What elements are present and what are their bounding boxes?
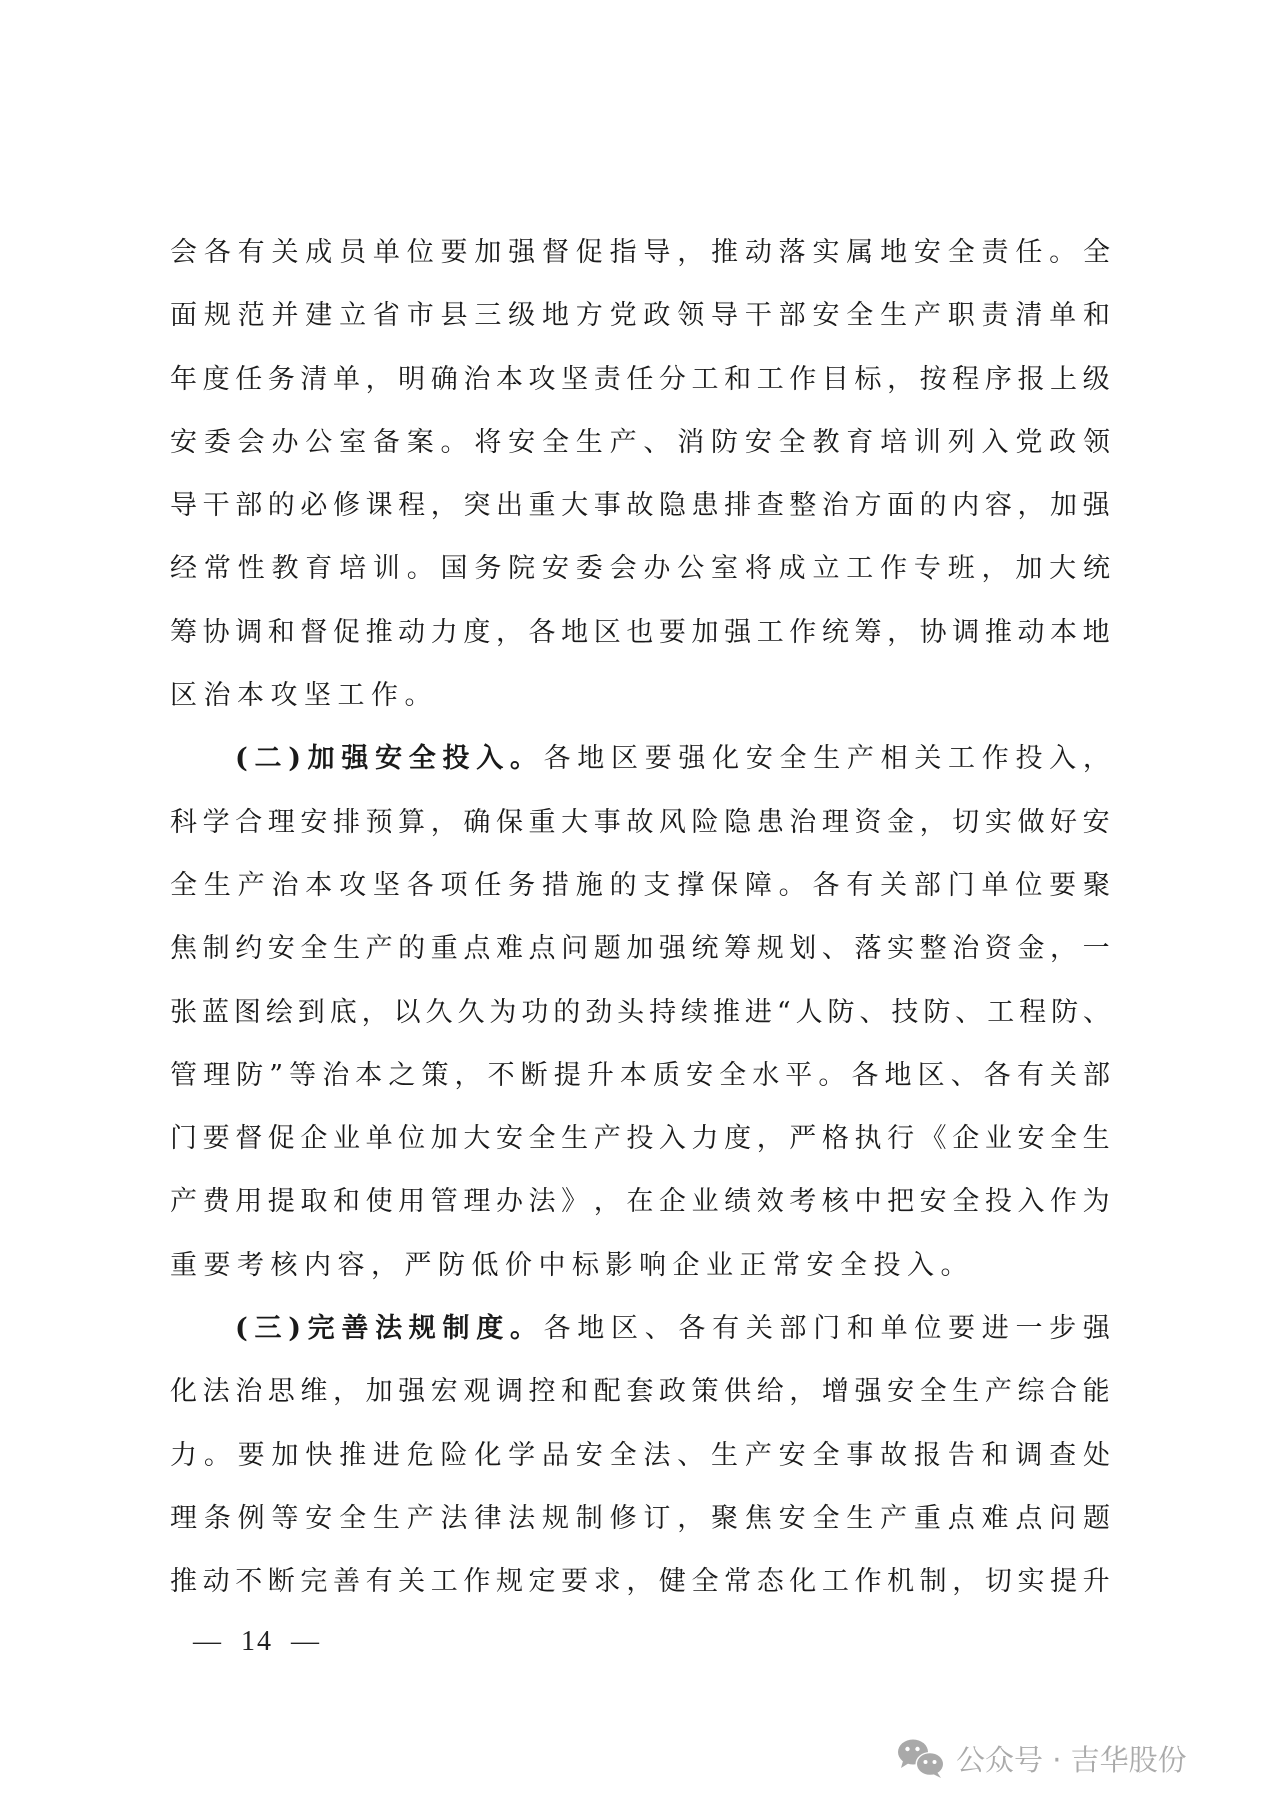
text-char: 部 <box>235 474 262 537</box>
text-char: 推 <box>366 601 393 664</box>
text-char: 一 <box>1083 917 1110 980</box>
text-char: 业 <box>706 1234 740 1297</box>
text-char: 图 <box>234 981 261 1044</box>
text-char: 力 <box>431 601 458 664</box>
text-char: 入 <box>1049 727 1076 790</box>
text-char: ， <box>677 221 704 284</box>
text-char: 规 <box>496 1550 523 1613</box>
text-char: 要 <box>238 1424 265 1487</box>
text-char: 切 <box>952 791 979 854</box>
text-char: 金 <box>887 791 914 854</box>
text-char: 的 <box>398 917 425 980</box>
text-char: ， <box>333 1360 360 1423</box>
text-char: 障 <box>745 854 772 917</box>
text-char: 为 <box>489 981 516 1044</box>
text-char: 防 <box>828 981 855 1044</box>
text-char: 在 <box>626 1170 653 1233</box>
text-char: 施 <box>576 854 603 917</box>
heading-char: 度 <box>476 1297 503 1360</box>
text-char: 作 <box>789 601 816 664</box>
text-char: 理 <box>268 791 295 854</box>
text-char: 理 <box>463 1170 490 1233</box>
text-char: 办 <box>271 411 298 474</box>
text-char: 上 <box>1050 348 1077 411</box>
text-char: 推 <box>713 981 740 1044</box>
text-char: 各 <box>544 1297 571 1360</box>
text-char: 推 <box>170 1550 197 1613</box>
text-char: 关 <box>746 1297 773 1360</box>
text-char: 和 <box>268 601 295 664</box>
text-char: 关 <box>880 854 907 917</box>
text-char: 强 <box>508 221 535 284</box>
text-char: 实 <box>985 791 1012 854</box>
document-page: 会各有关成员单位要加强督促指导，推动落实属地安全责任。全 面规范并建立省市县三级… <box>0 0 1280 1809</box>
text-char: 久 <box>426 981 453 1044</box>
heading-char: ( <box>235 727 248 790</box>
text-char: 不 <box>235 1550 262 1613</box>
text-char: 切 <box>985 1550 1012 1613</box>
text-char: 加 <box>1015 537 1042 600</box>
text-char: 算 <box>398 791 425 854</box>
text-char: 全 <box>542 411 569 474</box>
text-char: 安 <box>496 1107 523 1170</box>
text-char: 确 <box>431 348 458 411</box>
text-char: 化 <box>170 1360 197 1423</box>
text-char: 中 <box>854 1170 881 1233</box>
text-char: 全 <box>948 221 975 284</box>
text-char: 关 <box>271 221 298 284</box>
text-char: 蓝 <box>202 981 229 1044</box>
text-char: 也 <box>626 601 653 664</box>
text-char: 课 <box>366 474 393 537</box>
text-char: 三 <box>474 284 501 347</box>
text-char: ， <box>887 601 914 664</box>
text-line: 科学合理安排预算，确保重大事故风险隐患治理资金，切实做好安 <box>170 791 1110 854</box>
text-char: 全 <box>780 727 807 790</box>
text-char: 干 <box>203 474 230 537</box>
text-char: 作 <box>371 664 405 727</box>
text-char: 金 <box>1017 917 1044 980</box>
text-char: 为 <box>1083 1170 1110 1233</box>
text-line: 化法治思维，加强宏观调控和配套政策供给，增强安全生产综合能 <box>170 1360 1110 1423</box>
text-char: 年 <box>170 348 197 411</box>
text-char: 力 <box>692 1107 719 1170</box>
text-char: 安 <box>914 221 941 284</box>
text-char: ， <box>362 981 389 1044</box>
text-char: 治 <box>204 664 238 727</box>
text-char: 专 <box>914 537 941 600</box>
text-char: 加 <box>1050 474 1077 537</box>
text-char: 消 <box>677 411 704 474</box>
text-char: 成 <box>305 221 332 284</box>
text-char: 制 <box>203 917 230 980</box>
text-char: 强 <box>678 727 705 790</box>
text-char: 产 <box>407 1487 434 1550</box>
text-char: 部 <box>779 284 806 347</box>
text-char: 教 <box>271 537 298 600</box>
text-char: 区 <box>611 727 638 790</box>
text-char: 故 <box>626 474 653 537</box>
text-char: 有 <box>238 221 265 284</box>
section-heading-line: (三)完善法规制度。各地区、各有关部门和单位要进一步强 <box>170 1297 1110 1360</box>
text-char: 推 <box>985 601 1012 664</box>
text-char: 重 <box>529 791 556 854</box>
text-char: 支 <box>643 854 670 917</box>
text-char: 患 <box>757 791 784 854</box>
text-char: 要 <box>659 601 686 664</box>
text-char: 中 <box>539 1234 573 1297</box>
text-line: 焦制约安全生产的重点难点问题加强统筹规划、落实整治资金，一 <box>170 917 1110 980</box>
text-char: 大 <box>561 474 588 537</box>
text-char: 标 <box>854 348 881 411</box>
text-char: 企 <box>952 1107 979 1170</box>
text-char: 部 <box>780 1297 807 1360</box>
text-char: 事 <box>594 474 621 537</box>
text-char: 维 <box>300 1360 327 1423</box>
text-char: 、 <box>677 1424 704 1487</box>
text-char: 久 <box>457 981 484 1044</box>
text-char: 产 <box>847 727 874 790</box>
text-char: 党 <box>1015 411 1042 474</box>
text-char: 产 <box>880 1487 907 1550</box>
text-char: 容 <box>338 1234 372 1297</box>
text-char: 费 <box>203 1170 230 1233</box>
text-char: ， <box>952 1550 979 1613</box>
text-char: 隐 <box>659 474 686 537</box>
text-char: 考 <box>789 1170 816 1233</box>
text-char: 底 <box>330 981 357 1044</box>
text-char: 查 <box>1049 1424 1076 1487</box>
text-char: 级 <box>1083 348 1110 411</box>
text-char: 级 <box>508 284 535 347</box>
text-char: 有 <box>712 1297 739 1360</box>
text-char: 点 <box>463 917 490 980</box>
text-char: 套 <box>626 1360 653 1423</box>
text-char: 生 <box>1083 1107 1110 1170</box>
text-char: 地 <box>577 1297 604 1360</box>
text-char: 本 <box>1050 601 1077 664</box>
heading-char: 法 <box>375 1297 402 1360</box>
text-char: 实 <box>887 917 914 980</box>
text-char: 经 <box>170 537 197 600</box>
text-char: 治 <box>952 917 979 980</box>
text-char: 化 <box>712 727 739 790</box>
text-char: 资 <box>985 917 1012 980</box>
text-char: 培 <box>339 537 366 600</box>
text-char: 作 <box>854 1550 881 1613</box>
text-char: 配 <box>594 1360 621 1423</box>
text-char: 全 <box>840 1234 874 1297</box>
text-char: 告 <box>948 1424 975 1487</box>
text-char: 促 <box>268 1107 295 1170</box>
text-char: 序 <box>985 348 1012 411</box>
heading-char: 入 <box>476 727 503 790</box>
text-char: 。 <box>441 411 468 474</box>
text-line: 力。要加快推进危险化学品安全法、生产安全事故报告和调查处 <box>170 1424 1110 1487</box>
text-char: 督 <box>542 221 569 284</box>
text-char: 使 <box>366 1170 393 1233</box>
text-char: “ <box>777 981 791 1044</box>
text-char: 的 <box>268 474 295 537</box>
text-char: 强 <box>724 601 751 664</box>
text-char: 干 <box>745 284 772 347</box>
text-char: 态 <box>757 1550 784 1613</box>
text-char: 务 <box>508 854 535 917</box>
text-char: 好 <box>1050 791 1077 854</box>
text-char: 地 <box>561 601 588 664</box>
text-char: 攻 <box>339 854 366 917</box>
text-char: ， <box>371 1234 405 1297</box>
text-char: 产 <box>594 1107 621 1170</box>
text-char: 格 <box>822 1107 849 1170</box>
text-char: 强 <box>659 917 686 980</box>
text-char: 价 <box>505 1234 539 1297</box>
text-char: 标 <box>572 1234 606 1297</box>
wechat-icon <box>896 1737 946 1779</box>
text-char: 升 <box>587 1044 614 1107</box>
text-char: 推 <box>711 221 738 284</box>
heading-char: 投 <box>442 727 469 790</box>
text-char: 续 <box>681 981 708 1044</box>
text-char: 正 <box>740 1234 774 1297</box>
text-char: 推 <box>339 1424 366 1487</box>
text-char: 规 <box>204 284 231 347</box>
text-char: 各 <box>851 1044 878 1107</box>
text-char: 训 <box>373 537 400 600</box>
text-char: 工 <box>338 664 372 727</box>
text-char: 升 <box>1083 1550 1110 1613</box>
text-char: 动 <box>203 1550 230 1613</box>
heading-char: 安 <box>375 727 402 790</box>
text-char: 断 <box>268 1550 295 1613</box>
text-char: 技 <box>891 981 918 1044</box>
text-char: 问 <box>561 917 588 980</box>
text-char: 到 <box>298 981 325 1044</box>
text-char: 聚 <box>1083 854 1110 917</box>
text-char: 力 <box>170 1424 197 1487</box>
text-char: 法 <box>643 1424 670 1487</box>
text-char: 单 <box>373 221 400 284</box>
text-char: 办 <box>496 1170 523 1233</box>
text-char: 位 <box>1015 854 1042 917</box>
heading-char: 。 <box>510 1297 537 1360</box>
text-char: 产 <box>238 854 265 917</box>
text-char: 方 <box>576 284 603 347</box>
text-char: 给 <box>757 1360 784 1423</box>
text-char: 公 <box>305 411 332 474</box>
text-char: 和 <box>561 1360 588 1423</box>
text-char: 增 <box>822 1360 849 1423</box>
text-char: 法 <box>203 1360 230 1423</box>
text-char: 。 <box>405 664 439 727</box>
text-char: 地 <box>1083 601 1110 664</box>
text-char: 程 <box>952 348 979 411</box>
text-char: 各 <box>407 854 434 917</box>
text-char: 业 <box>333 1107 360 1170</box>
text-char: ， <box>1083 727 1110 790</box>
text-char: 善 <box>333 1550 360 1613</box>
text-char: 有 <box>1017 1044 1044 1107</box>
text-char: 程 <box>398 474 425 537</box>
text-char: 相 <box>881 727 908 790</box>
text-char: 和 <box>724 348 751 411</box>
text-char: 要 <box>948 1297 975 1360</box>
text-char: 合 <box>1050 1360 1077 1423</box>
text-char: 加 <box>474 221 501 284</box>
text-char: 策 <box>421 1044 448 1107</box>
text-char: 安 <box>576 1424 603 1487</box>
text-char: 强 <box>1083 1297 1110 1360</box>
text-char: 安 <box>807 1234 841 1297</box>
text-char: 科 <box>170 791 197 854</box>
text-char: 资 <box>854 791 881 854</box>
text-char: 题 <box>594 917 621 980</box>
text-char: 化 <box>789 1550 816 1613</box>
text-char: 企 <box>300 1107 327 1170</box>
text-char: 产 <box>914 284 941 347</box>
text-char: 攻 <box>271 664 305 727</box>
text-char: 法 <box>529 1170 556 1233</box>
text-char: 定 <box>529 1550 556 1613</box>
text-char: 响 <box>639 1234 673 1297</box>
text-char: 任 <box>474 854 501 917</box>
text-char: 低 <box>472 1234 506 1297</box>
text-char: 治 <box>822 474 849 537</box>
text-char: 。 <box>407 537 434 600</box>
text-char: 位 <box>914 1297 941 1360</box>
text-char: 国 <box>441 537 468 600</box>
text-char: 张 <box>170 981 197 1044</box>
text-char: 安 <box>779 1487 806 1550</box>
text-char: 位 <box>407 221 434 284</box>
text-char: 训 <box>914 411 941 474</box>
text-char: 聚 <box>711 1487 738 1550</box>
body-text: 会各有关成员单位要加强督促指导，推动落实属地安全责任。全 面规范并建立省市县三级… <box>170 221 1110 1614</box>
text-char: 县 <box>441 284 468 347</box>
text-char: 调 <box>496 1360 523 1423</box>
text-char: 产 <box>610 411 637 474</box>
text-char: 领 <box>1083 411 1110 474</box>
text-char: 生 <box>204 854 231 917</box>
text-char: 筹 <box>854 601 881 664</box>
text-char: 要 <box>561 1550 588 1613</box>
text-char: 促 <box>333 601 360 664</box>
text-char: 院 <box>508 537 535 600</box>
text-char: 工 <box>948 727 975 790</box>
text-char: 列 <box>948 411 975 474</box>
text-line: 产费用提取和使用管理办法》，在企业绩效考核中把安全投入作为 <box>170 1170 1110 1233</box>
text-char: 常 <box>724 1550 751 1613</box>
text-char: 制 <box>920 1550 947 1613</box>
text-char: 完 <box>300 1550 327 1613</box>
text-char: 进 <box>373 1424 400 1487</box>
text-char: 管 <box>431 1170 458 1233</box>
text-char: 防 <box>923 981 950 1044</box>
text-char: 全 <box>952 1170 979 1233</box>
text-char: ， <box>594 1170 621 1233</box>
text-char: 工 <box>757 348 784 411</box>
text-char: 备 <box>373 411 400 474</box>
text-char: 单 <box>366 1107 393 1170</box>
text-char: 水 <box>752 1044 779 1107</box>
text-char: 生 <box>373 1487 400 1550</box>
text-char: 防 <box>438 1234 472 1297</box>
text-char: 度 <box>203 348 230 411</box>
text-char: 报 <box>914 1424 941 1487</box>
text-char: 工 <box>822 1550 849 1613</box>
text-char: 导 <box>711 284 738 347</box>
text-char: 任 <box>1015 221 1042 284</box>
text-char: 焦 <box>745 1487 772 1550</box>
text-char: 品 <box>542 1424 569 1487</box>
text-char: 全 <box>339 1487 366 1550</box>
text-char: 考 <box>237 1234 271 1297</box>
text-char: ” <box>269 1044 283 1107</box>
text-char: ， <box>789 1360 816 1423</box>
text-char: 综 <box>1017 1360 1044 1423</box>
heading-char: 强 <box>341 727 368 790</box>
text-char: 产 <box>985 1360 1012 1423</box>
text-char: 全 <box>529 1107 556 1170</box>
text-char: 政 <box>643 284 670 347</box>
text-char: 投 <box>1015 727 1042 790</box>
text-char: 、 <box>859 981 886 1044</box>
text-char: 核 <box>822 1170 849 1233</box>
text-char: 产 <box>366 917 393 980</box>
text-char: ， <box>455 1044 482 1107</box>
text-char: 重 <box>529 474 556 537</box>
text-char: 难 <box>496 917 523 980</box>
text-char: 行 <box>887 1107 914 1170</box>
text-line: 年度任务清单，明确治本攻坚责任分工和工作目标，按程序报上级 <box>170 348 1110 411</box>
text-char: 绩 <box>724 1170 751 1233</box>
text-char: 公 <box>677 537 704 600</box>
text-char: 核 <box>271 1234 305 1297</box>
text-char: 生 <box>880 284 907 347</box>
text-char: 按 <box>920 348 947 411</box>
text-char: 学 <box>203 791 230 854</box>
text-char: 政 <box>1049 411 1076 474</box>
text-char: 用 <box>235 1170 262 1233</box>
text-line: 区治本攻坚工作。 <box>170 664 1110 727</box>
text-char: 立 <box>339 284 366 347</box>
text-char: 安 <box>1017 1107 1044 1170</box>
heading-char: 三 <box>254 1297 281 1360</box>
text-char: 强 <box>854 1360 881 1423</box>
text-char: 不 <box>488 1044 515 1107</box>
text-char: 职 <box>948 284 975 347</box>
text-char: 断 <box>521 1044 548 1107</box>
text-char: 单 <box>333 348 360 411</box>
text-char: 本 <box>620 1044 647 1107</box>
text-char: 攻 <box>529 348 556 411</box>
text-char: 安 <box>779 1424 806 1487</box>
text-char: 防 <box>236 1044 263 1107</box>
text-char: 要 <box>1049 854 1076 917</box>
heading-char: 善 <box>341 1297 368 1360</box>
text-char: 要 <box>645 727 672 790</box>
text-char: 常 <box>773 1234 807 1297</box>
text-char: 平 <box>785 1044 812 1107</box>
text-char: 处 <box>1083 1424 1110 1487</box>
text-char: 成 <box>779 537 806 600</box>
text-char: ， <box>431 474 458 537</box>
text-char: 风 <box>659 791 686 854</box>
text-char: 室 <box>711 537 738 600</box>
text-char: 内 <box>304 1234 338 1297</box>
text-char: 修 <box>610 1487 637 1550</box>
text-char: 将 <box>474 411 501 474</box>
